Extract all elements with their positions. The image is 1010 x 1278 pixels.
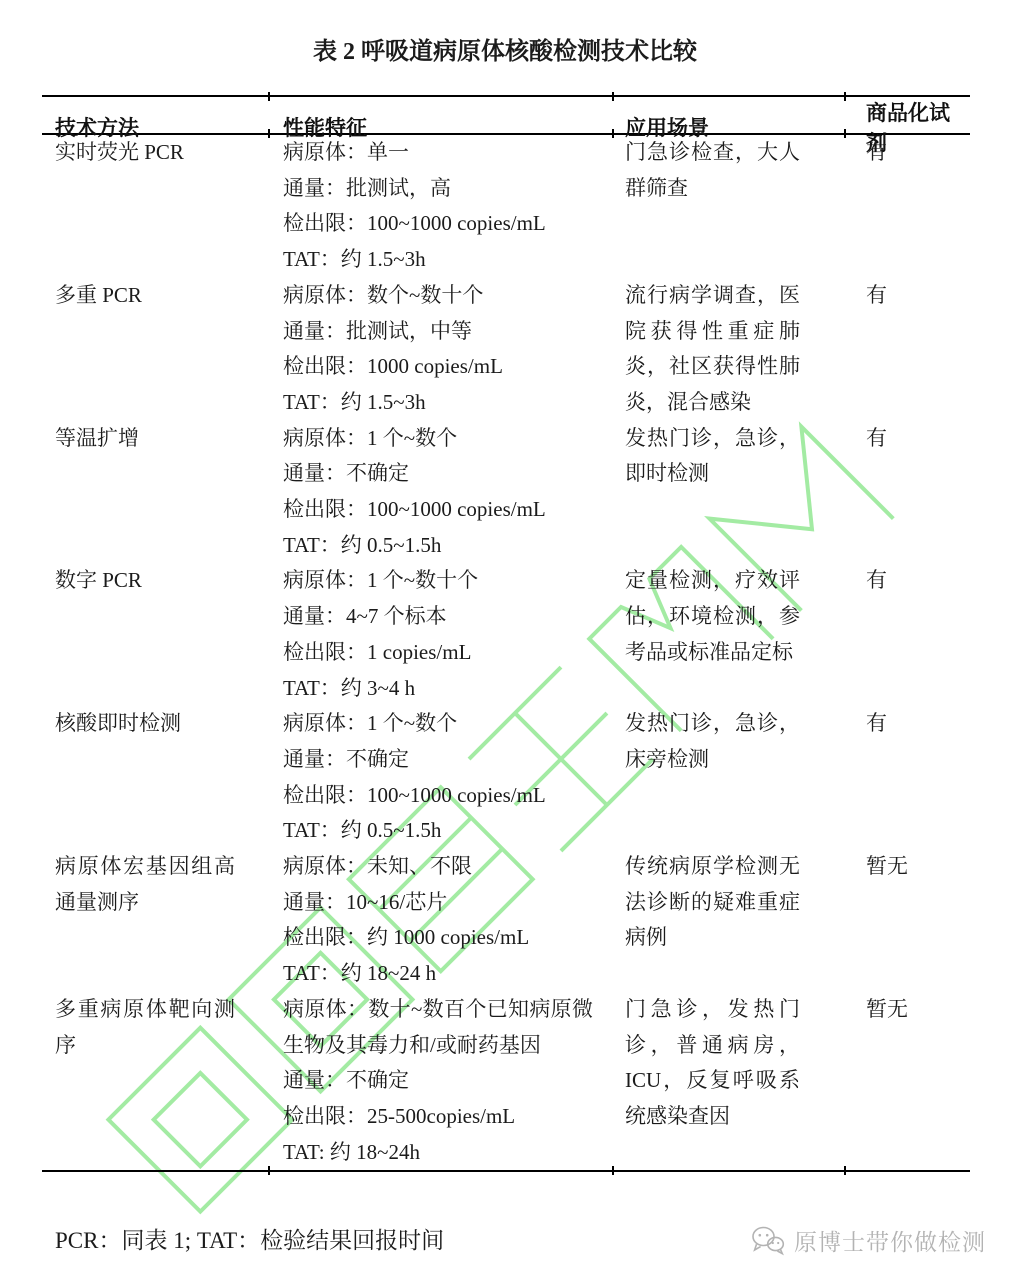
reagent-cell: 暂无 <box>845 992 970 1171</box>
scenario-cell: 发热门诊，急诊，床旁检测 <box>613 706 845 849</box>
method-cell: 核酸即时检测 <box>42 706 269 849</box>
rule-tick <box>844 1166 846 1175</box>
performance-item: 通量：批测试，高 <box>283 171 593 207</box>
performance-item: TAT：约 1.5~3h <box>283 242 593 278</box>
reagent-cell: 暂无 <box>845 849 970 992</box>
performance-item: 病原体：1 个~数个 <box>283 421 593 457</box>
performance-cell: 病原体：单一通量：批测试，高检出限：100~1000 copies/mLTAT：… <box>269 135 613 278</box>
performance-item: 通量：不确定 <box>283 742 593 778</box>
reagent-cell: 有 <box>845 563 970 706</box>
performance-item: TAT：约 0.5~1.5h <box>283 813 593 849</box>
performance-item: TAT：约 3~4 h <box>283 671 593 707</box>
performance-cell: 病原体：数个~数十个通量：批测试，中等检出限：1000 copies/mLTAT… <box>269 278 613 421</box>
rule-tick <box>844 129 846 138</box>
performance-item: 检出限：100~1000 copies/mL <box>283 492 593 528</box>
performance-item: TAT：约 1.5~3h <box>283 385 593 421</box>
rule-tick <box>612 129 614 138</box>
performance-item: 病原体：数个~数十个 <box>283 278 593 314</box>
scenario-cell: 定量检测，疗效评估，环境检测，参考品或标准品定标 <box>613 563 845 706</box>
reagent-cell: 有 <box>845 421 970 564</box>
table-row: 数字 PCR 病原体：1 个~数十个通量：4~7 个标本检出限：1 copies… <box>42 563 970 706</box>
table-title: 表 2 呼吸道病原体核酸检测技术比较 <box>0 31 1010 66</box>
method-cell: 多重 PCR <box>42 278 269 421</box>
table-row: 等温扩增 病原体：1 个~数个通量：不确定检出限：100~1000 copies… <box>42 421 970 564</box>
rule-tick <box>268 129 270 138</box>
performance-item: 通量：不确定 <box>283 456 593 492</box>
performance-item: TAT：约 0.5~1.5h <box>283 528 593 564</box>
table-row: 病原体宏基因组高通量测序 病原体：未知、不限通量：10~16/芯片检出限：约 1… <box>42 849 970 992</box>
performance-item: 检出限：约 1000 copies/mL <box>283 920 593 956</box>
rule-tick <box>612 92 614 101</box>
table-row: 实时荧光 PCR 病原体：单一通量：批测试，高检出限：100~1000 copi… <box>42 135 970 278</box>
rule-tick <box>612 1166 614 1175</box>
performance-item: 通量：不确定 <box>283 1063 593 1099</box>
performance-cell: 病原体：数十~数百个已知病原微生物及其毒力和/或耐药基因通量：不确定检出限：25… <box>269 992 613 1171</box>
scenario-cell: 传统病原学检测无法诊断的疑难重症病例 <box>613 849 845 992</box>
performance-cell: 病原体：1 个~数十个通量：4~7 个标本检出限：1 copies/mLTAT：… <box>269 563 613 706</box>
performance-item: 病原体：单一 <box>283 135 593 171</box>
method-cell: 病原体宏基因组高通量测序 <box>42 849 269 992</box>
performance-item: 检出限：1000 copies/mL <box>283 349 593 385</box>
performance-item: 检出限：25-500copies/mL <box>283 1099 593 1135</box>
method-cell: 数字 PCR <box>42 563 269 706</box>
brand-watermark: 原博士带你做检测 <box>750 1224 986 1257</box>
performance-item: 检出限：100~1000 copies/mL <box>283 206 593 242</box>
performance-cell: 病原体：1 个~数个通量：不确定检出限：100~1000 copies/mLTA… <box>269 706 613 849</box>
scenario-cell: 门急诊，发热门诊，普通病房，ICU，反复呼吸系统感染查因 <box>613 992 845 1171</box>
reagent-cell: 有 <box>845 135 970 278</box>
reagent-cell: 有 <box>845 706 970 849</box>
performance-item: 病原体：1 个~数十个 <box>283 563 593 599</box>
performance-item: 通量：批测试，中等 <box>283 314 593 350</box>
brand-name: 原博士带你做检测 <box>794 1224 986 1257</box>
rule-tick <box>268 1166 270 1175</box>
method-cell: 多重病原体靶向测序 <box>42 992 269 1171</box>
performance-item: TAT：约 18~24 h <box>283 956 593 992</box>
performance-item: 检出限：100~1000 copies/mL <box>283 778 593 814</box>
performance-item: 病原体：1 个~数个 <box>283 706 593 742</box>
table-row: 核酸即时检测 病原体：1 个~数个通量：不确定检出限：100~1000 copi… <box>42 706 970 849</box>
table-footnote: PCR：同表 1; TAT：检验结果回报时间 <box>55 1222 444 1255</box>
performance-item: 通量：4~7 个标本 <box>283 599 593 635</box>
performance-item: 病原体：数十~数百个已知病原微生物及其毒力和/或耐药基因 <box>283 992 593 1063</box>
performance-cell: 病原体：1 个~数个通量：不确定检出限：100~1000 copies/mLTA… <box>269 421 613 564</box>
rule-tick <box>268 92 270 101</box>
table-header-row: 技术方法 性能特征 应用场景 商品化试剂 <box>42 97 970 135</box>
performance-item: TAT: 约 18~24h <box>283 1135 593 1171</box>
performance-item: 病原体：未知、不限 <box>283 849 593 885</box>
rule-tick <box>844 92 846 101</box>
method-cell: 实时荧光 PCR <box>42 135 269 278</box>
wechat-icon <box>750 1225 786 1256</box>
scenario-cell: 门急诊检查，大人群筛查 <box>613 135 845 278</box>
performance-item: 通量：10~16/芯片 <box>283 885 593 921</box>
method-cell: 等温扩增 <box>42 421 269 564</box>
table-row: 多重 PCR 病原体：数个~数十个通量：批测试，中等检出限：1000 copie… <box>42 278 970 421</box>
scenario-cell: 发热门诊，急诊，即时检测 <box>613 421 845 564</box>
scenario-cell: 流行病学调查，医院获得性重症肺炎，社区获得性肺炎，混合感染 <box>613 278 845 421</box>
table-row: 多重病原体靶向测序 病原体：数十~数百个已知病原微生物及其毒力和/或耐药基因通量… <box>42 992 970 1171</box>
comparison-table: 技术方法 性能特征 应用场景 商品化试剂 实时荧光 PCR 病原体：单一通量：批… <box>42 95 970 1172</box>
reagent-cell: 有 <box>845 278 970 421</box>
table-body: 实时荧光 PCR 病原体：单一通量：批测试，高检出限：100~1000 copi… <box>42 135 970 1170</box>
document-page: 表 2 呼吸道病原体核酸检测技术比较 技术方法 性能特征 应用场景 商品化试剂 … <box>0 0 1010 1278</box>
performance-cell: 病原体：未知、不限通量：10~16/芯片检出限：约 1000 copies/mL… <box>269 849 613 992</box>
performance-item: 检出限：1 copies/mL <box>283 635 593 671</box>
